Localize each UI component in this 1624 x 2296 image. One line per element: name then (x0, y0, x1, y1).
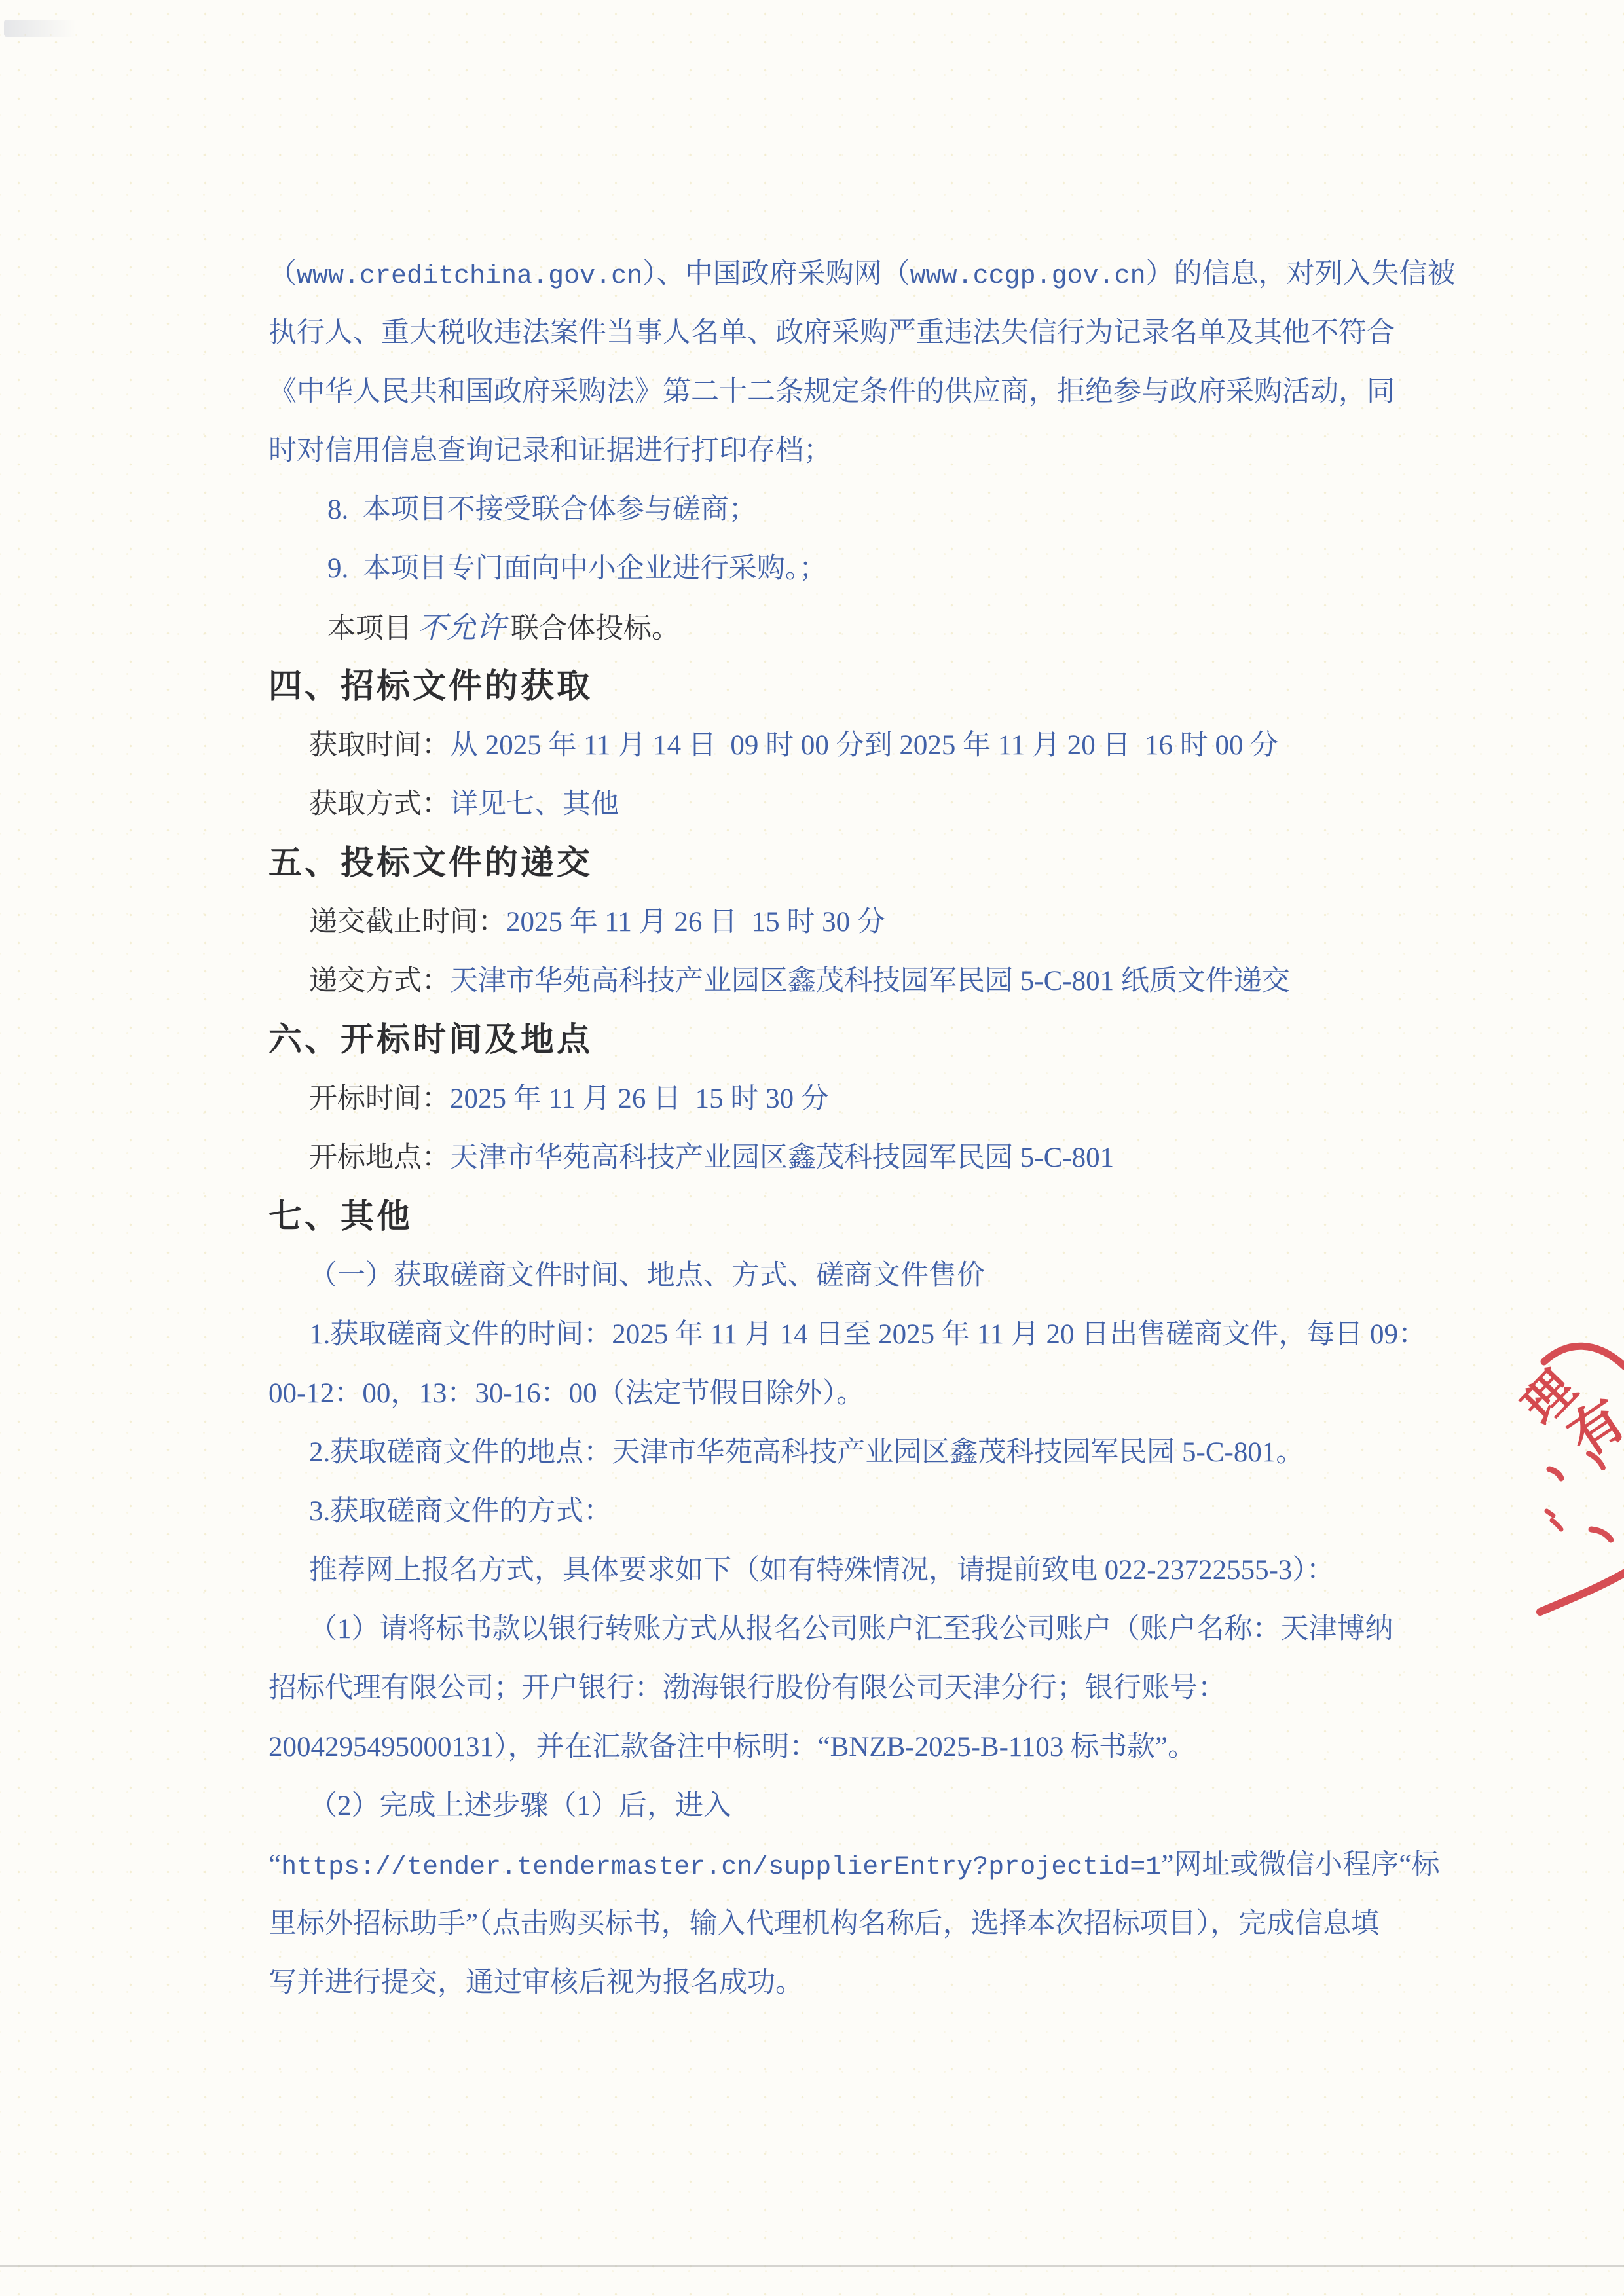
seal-bottom-arc (1540, 1573, 1624, 1612)
text-fragment: 本项目 (327, 613, 412, 644)
other-3-method: 3.获取磋商文件的方式： (268, 1482, 1447, 1541)
open-time-value: 2025 年 11 月 26 日 15 时 30 分 (450, 1084, 829, 1114)
seal-char-li: 理 (1513, 1361, 1587, 1435)
text-fragment: （ (268, 259, 297, 289)
step-1-line-3: 2004295495000131），并在汇款备注中标明：“BNZB-2025-B… (268, 1718, 1447, 1777)
ccgp-url: www.ccgp.gov.cn (910, 262, 1146, 291)
open-place-line: 开标地点：天津市华苑高科技产业园区鑫茂科技园军民园 5-C-801 (268, 1129, 1447, 1188)
seal-ink-dash-1 (1589, 1453, 1603, 1468)
obtain-time-line: 获取时间：从 2025 年 11 月 14 日 09 时 00 分到 2025 … (268, 716, 1447, 775)
obtain-method-value: 详见七、其他 (450, 789, 619, 820)
obtain-method-label: 获取方式： (309, 789, 450, 820)
step-2-line-2: “https://tender.tendermaster.cn/supplier… (268, 1836, 1447, 1895)
joint-bid-note: 本项目不允许联合体投标。 (268, 598, 1447, 657)
step-1-line-2: 招标代理有限公司；开户银行：渤海银行股份有限公司天津分行；银行账号： (268, 1659, 1447, 1718)
not-allowed-italic: 不允许 (417, 611, 506, 644)
section-heading-4: 四、招标文件的获取 (268, 657, 1447, 716)
submit-method-value: 天津市华苑高科技产业园区鑫茂科技园军民园 5-C-801 纸质文件递交 (450, 966, 1290, 996)
obtain-time-label: 获取时间： (309, 730, 450, 761)
step-2-line-4: 写并进行提交，通过审核后视为报名成功。 (268, 1954, 1447, 2013)
obtain-method-line: 获取方式：详见七、其他 (268, 775, 1447, 834)
submit-method-line: 递交方式：天津市华苑高科技产业园区鑫茂科技园军民园 5-C-801 纸质文件递交 (268, 952, 1447, 1011)
submit-deadline-label: 递交截止时间： (309, 907, 506, 938)
scan-edge-line (0, 2265, 1624, 2267)
para-credit-line-3: 《中华人民共和国政府采购法》第二十二条规定条件的供应商，拒绝参与政府采购活动，同 (268, 363, 1447, 422)
open-place-value: 天津市华苑高科技产业园区鑫茂科技园军民园 5-C-801 (450, 1142, 1114, 1173)
seal-ink-dash-2 (1549, 1469, 1561, 1478)
text-fragment: “ (268, 1850, 281, 1880)
para-credit-line-2: 执行人、重大税收违法案件当事人名单、政府采购严重违法失信行为记录名单及其他不符合 (268, 304, 1447, 363)
section-heading-7: 七、其他 (268, 1188, 1447, 1247)
creditchina-url: www.creditchina.gov.cn (297, 262, 642, 291)
other-sub1-title: （一）获取磋商文件时间、地点、方式、磋商文件售价 (268, 1247, 1447, 1305)
submit-deadline-line: 递交截止时间：2025 年 11 月 26 日 15 时 30 分 (268, 893, 1447, 952)
seal-top-arc (1544, 1346, 1624, 1367)
other-1-time-line-2: 00-12：00，13：30-16：00（法定节假日除外）。 (268, 1364, 1447, 1423)
document-body: （www.creditchina.gov.cn）、中国政府采购网（www.ccg… (268, 245, 1447, 2013)
step-2-line-3: 里标外招标助手”（点击购买标书，输入代理机构名称后，选择本次招标项目），完成信息… (268, 1895, 1447, 1954)
other-2-place: 2.获取磋商文件的地点：天津市华苑高科技产业园区鑫茂科技园军民园 5-C-801… (268, 1423, 1447, 1482)
text-fragment: ）的信息，对列入失信被 (1146, 259, 1456, 289)
item-9: 9. 本项目专门面向中小企业进行采购。； (268, 539, 1447, 598)
para-credit-line-1: （www.creditchina.gov.cn）、中国政府采购网（www.ccg… (268, 245, 1447, 304)
item-8: 8. 本项目不接受联合体参与磋商； (268, 481, 1447, 539)
step-1-line-1: （1）请将标书款以银行转账方式从报名公司账户汇至我公司账户（账户名称：天津博纳 (268, 1600, 1447, 1659)
para-credit-line-4: 时对信用信息查询记录和证据进行打印存档； (268, 422, 1447, 481)
online-signup-note: 推荐网上报名方式，具体要求如下（如有特殊情况，请提前致电 022-2372255… (268, 1541, 1447, 1600)
text-fragment: 联合体投标。 (511, 613, 680, 644)
open-time-label: 开标时间： (309, 1084, 450, 1114)
step-2-line-1: （2）完成上述步骤（1）后，进入 (268, 1777, 1447, 1836)
section-heading-6: 六、开标时间及地点 (268, 1011, 1447, 1070)
text-fragment: ）、中国政府采购网（ (642, 259, 910, 289)
seal-ink-dash-5 (1591, 1529, 1611, 1540)
scan-corner-smudge (4, 20, 76, 37)
text-fragment: ”网址或微信小程序“标 (1161, 1850, 1439, 1880)
scanned-tender-notice-page: （www.creditchina.gov.cn）、中国政府采购网（www.ccg… (0, 0, 1624, 2296)
tendermaster-url: https://tender.tendermaster.cn/supplierE… (281, 1853, 1161, 1882)
open-place-label: 开标地点： (309, 1142, 450, 1173)
seal-char-you: 有 (1558, 1389, 1624, 1468)
submit-method-label: 递交方式： (309, 966, 450, 996)
red-seal-stamp: 理 有 (1524, 1324, 1624, 1633)
section-heading-5: 五、投标文件的递交 (268, 834, 1447, 893)
seal-ink-dash-4 (1552, 1520, 1561, 1529)
open-time-line: 开标时间：2025 年 11 月 26 日 15 时 30 分 (268, 1070, 1447, 1129)
seal-ink-dash-3 (1547, 1511, 1553, 1516)
other-1-time-line-1: 1.获取磋商文件的时间：2025 年 11 月 14 日至 2025 年 11 … (268, 1305, 1447, 1364)
submit-deadline-value: 2025 年 11 月 26 日 15 时 30 分 (506, 907, 885, 938)
obtain-time-value: 从 2025 年 11 月 14 日 09 时 00 分到 2025 年 11 … (450, 730, 1278, 761)
